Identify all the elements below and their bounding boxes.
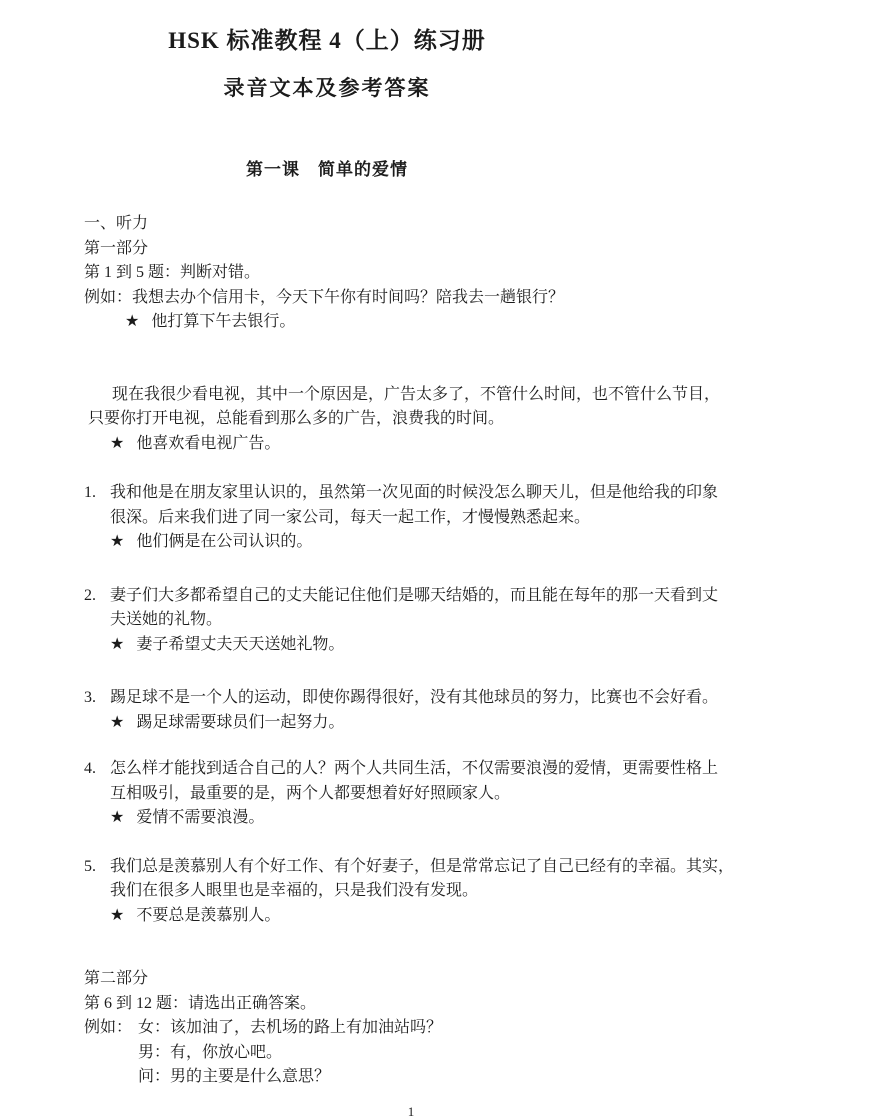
item-number: 4. (84, 757, 96, 782)
dialogue-row: 问：男的主要是什么意思？ (84, 1065, 738, 1090)
item-line: 我和他是在朋友家里认识的，虽然第一次见面的时候没怎么聊天儿，但是他给我的印象 (110, 481, 738, 506)
item-number: 3. (84, 686, 96, 711)
item-line: 互相吸引，最重要的是，两个人都要想着好好照顾家人。 (110, 782, 738, 807)
passage-line: 只要你打开电视，总能看到那么多的广告，浪费我的时间。 (88, 407, 738, 432)
item-line: 妻子们大多都希望自己的丈夫能记住他们是哪天结婚的，而且能在每年的那一天看到丈 (110, 584, 738, 609)
star-icon: ★ (110, 806, 124, 831)
doc-title: HSK 标准教程 4（上）练习册 (0, 26, 654, 56)
item-number: 5. (84, 855, 96, 880)
speaker-label: 男： (138, 1044, 170, 1061)
item-star-line: ★妻子希望丈夫天天送她礼物。 (110, 633, 738, 658)
example-question: 我想去办个信用卡，今天下午你有时间吗？陪我去一趟银行？ (132, 289, 564, 306)
star-statement: 他打算下午去银行。 (151, 313, 295, 330)
doc-subtitle: 录音文本及参考答案 (0, 74, 654, 102)
example-star-line: ★他打算下午去银行。 (125, 310, 738, 335)
item-line: 夫送她的礼物。 (110, 608, 738, 633)
part2-instruction: 第 6 到 12 题：请选出正确答案。 (84, 992, 738, 1017)
speaker-label: 女： (138, 1019, 170, 1036)
example-prefix: 例如： (84, 289, 132, 306)
item-star-line: ★踢足球需要球员们一起努力。 (110, 711, 738, 736)
part1-label: 第一部分 (84, 237, 738, 262)
question-item: 1. 我和他是在朋友家里认识的，虽然第一次见面的时候没怎么聊天儿，但是他给我的印… (84, 481, 738, 555)
part1-instruction: 第 1 到 5 题：判断对错。 (84, 261, 738, 286)
star-statement: 踢足球需要球员们一起努力。 (136, 714, 344, 731)
question-item: 2. 妻子们大多都希望自己的丈夫能记住他们是哪天结婚的，而且能在每年的那一天看到… (84, 584, 738, 658)
part2-label: 第二部分 (84, 967, 738, 992)
document-body: 一、听力 第一部分 第 1 到 5 题：判断对错。 例如：我想去办个信用卡，今天… (84, 212, 738, 1090)
star-statement: 他喜欢看电视广告。 (136, 435, 280, 452)
item-line: 很深。后来我们进了同一家公司，每天一起工作，才慢慢熟悉起来。 (110, 506, 738, 531)
star-statement: 他们俩是在公司认识的。 (136, 533, 312, 550)
dialogue-text: 该加油了，去机场的路上有加油站吗？ (170, 1019, 442, 1036)
star-icon: ★ (125, 310, 139, 335)
item-star-line: ★爱情不需要浪漫。 (110, 806, 738, 831)
question-item: 4. 怎么样才能找到适合自己的人？两个人共同生活，不仅需要浪漫的爱情，更需要性格… (84, 757, 738, 831)
example-prefix: 例如： (84, 1016, 132, 1041)
example-passage: 现在我很少看电视，其中一个原因是，广告太多了，不管什么时间，也不管什么节目， 只… (88, 383, 738, 457)
item-line: 我们总是羡慕别人有个好工作、有个好妻子，但是常常忘记了自己已经有的幸福。其实， (110, 855, 738, 880)
speaker-label: 问： (138, 1068, 170, 1085)
item-star-line: ★不要总是羡慕别人。 (110, 904, 738, 929)
star-icon: ★ (110, 633, 124, 658)
star-icon: ★ (110, 711, 124, 736)
dialogue-row: 男：有，你放心吧。 (84, 1041, 738, 1066)
star-icon: ★ (110, 530, 124, 555)
document-page: HSK 标准教程 4（上）练习册 录音文本及参考答案 第一课 简单的爱情 一、听… (0, 0, 873, 1119)
passage-star-line: ★他喜欢看电视广告。 (110, 432, 738, 457)
star-statement: 妻子希望丈夫天天送她礼物。 (136, 636, 344, 653)
dialogue-text: 男的主要是什么意思？ (170, 1068, 330, 1085)
item-line: 踢足球不是一个人的运动，即使你踢得很好，没有其他球员的努力，比赛也不会好看。 (110, 686, 738, 711)
item-number: 2. (84, 584, 96, 609)
star-icon: ★ (110, 432, 124, 457)
page-number: 1 (84, 1104, 738, 1119)
example-line: 例如：我想去办个信用卡，今天下午你有时间吗？陪我去一趟银行？ (84, 286, 738, 311)
star-statement: 不要总是羡慕别人。 (136, 907, 280, 924)
section-heading: 一、听力 (84, 212, 738, 237)
passage-line: 现在我很少看电视，其中一个原因是，广告太多了，不管什么时间，也不管什么节目， (88, 383, 738, 408)
item-number: 1. (84, 481, 96, 506)
star-statement: 爱情不需要浪漫。 (136, 809, 264, 826)
star-icon: ★ (110, 904, 124, 929)
item-star-line: ★他们俩是在公司认识的。 (110, 530, 738, 555)
item-line: 怎么样才能找到适合自己的人？两个人共同生活，不仅需要浪漫的爱情，更需要性格上 (110, 757, 738, 782)
question-item: 5. 我们总是羡慕别人有个好工作、有个好妻子，但是常常忘记了自己已经有的幸福。其… (84, 855, 738, 929)
item-line: 我们在很多人眼里也是幸福的，只是我们没有发现。 (110, 879, 738, 904)
dialogue-text: 有，你放心吧。 (170, 1044, 282, 1061)
lesson-heading: 第一课 简单的爱情 (0, 159, 654, 181)
question-item: 3. 踢足球不是一个人的运动，即使你踢得很好，没有其他球员的努力，比赛也不会好看… (84, 686, 738, 735)
dialogue-row: 例如：女：该加油了，去机场的路上有加油站吗？ (84, 1016, 738, 1041)
